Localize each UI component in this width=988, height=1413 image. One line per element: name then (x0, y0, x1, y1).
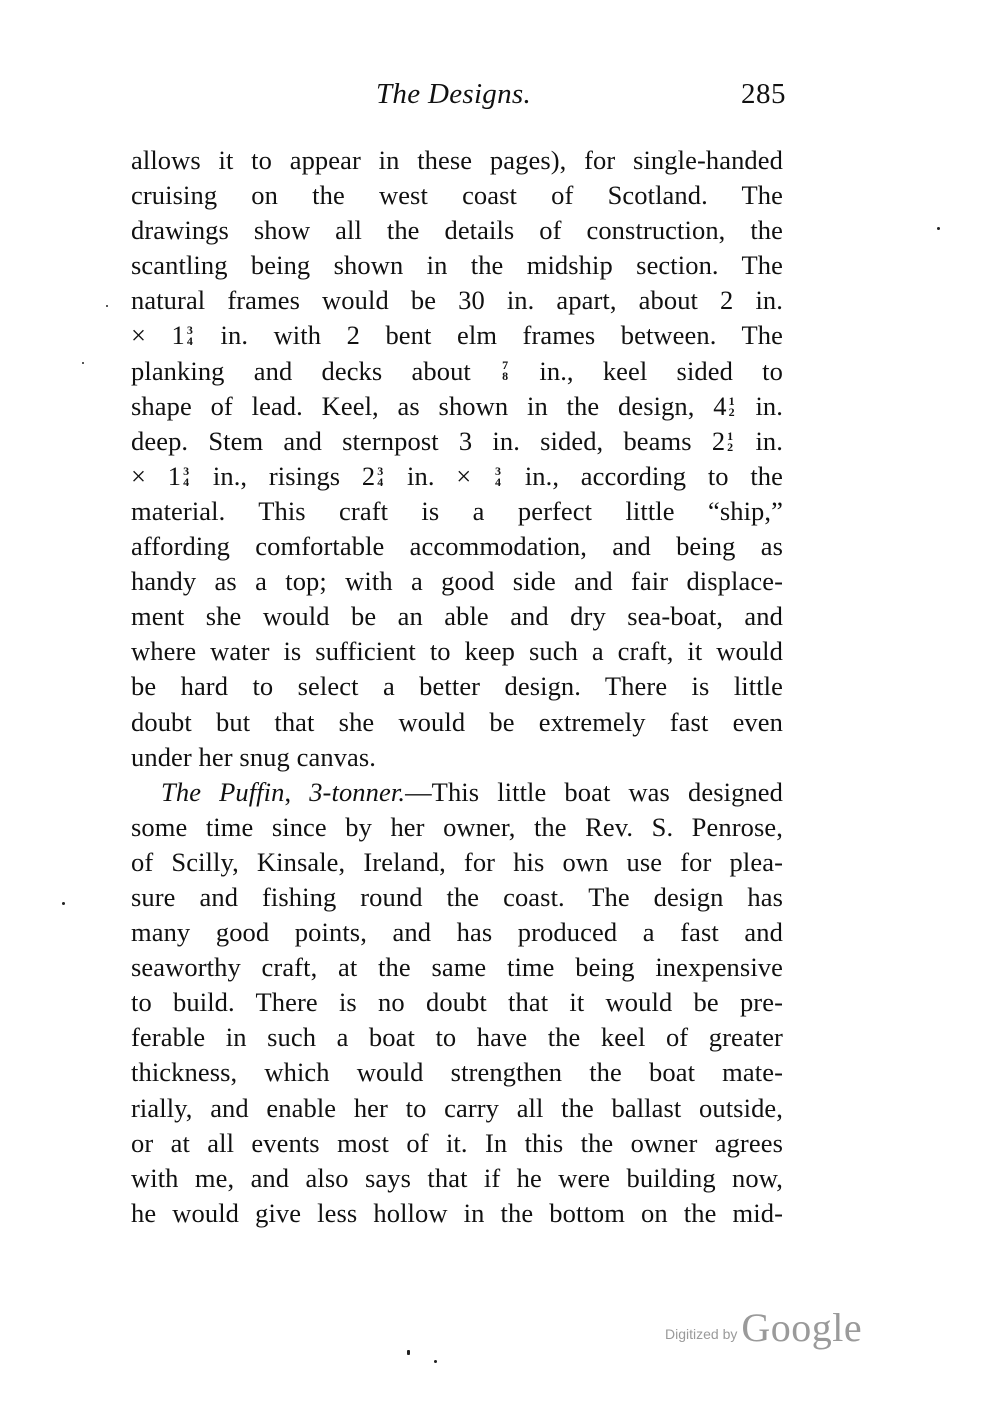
text-line: where water is sufficient to keep such a… (131, 634, 783, 669)
fraction-denominator: 4 (183, 477, 189, 488)
fraction: 78 (502, 360, 508, 382)
boat-class: 3-tonner. (309, 777, 405, 807)
fraction: 34 (183, 466, 189, 488)
text-line: rially, and enable her to carry all the … (131, 1091, 783, 1126)
text-line: with me, and also says that if he were b… (131, 1161, 783, 1196)
scan-speck (434, 1360, 437, 1363)
google-logo: Google (741, 1305, 862, 1350)
text-line: of Scilly, Kinsale, Ireland, for his own… (131, 845, 783, 880)
text-line: sure and fishing round the coast. The de… (131, 880, 783, 915)
text-line: × 134 in. with 2 bent elm frames between… (131, 318, 783, 353)
digitized-by-google-watermark: Digitized by Google (665, 1304, 862, 1351)
text-line: material. This craft is a perfect little… (131, 494, 783, 529)
text-line: under her snug canvas. (131, 740, 783, 775)
fraction: 34 (377, 466, 383, 488)
text-line: doubt but that she would be extremely fa… (131, 705, 783, 740)
text-line: seaworthy craft, at the same time being … (131, 950, 783, 985)
fraction: 12 (729, 396, 735, 418)
text-line: to build. There is no doubt that it woul… (131, 985, 783, 1020)
text-segment: in. (735, 426, 783, 456)
text-line: shape of lead. Keel, as shown in the des… (131, 389, 783, 424)
scan-speck (62, 902, 65, 905)
scan-speck (407, 1350, 410, 1355)
scan-speck (106, 305, 108, 307)
text-line: he would give less hollow in the bottom … (131, 1196, 783, 1231)
text-segment: in. (737, 391, 783, 421)
text-segment: deep. Stem and sternpost 3 in. sided, be… (131, 426, 725, 456)
fraction-denominator: 2 (727, 442, 733, 453)
fraction-denominator: 4 (187, 336, 193, 347)
fraction: 12 (727, 431, 733, 453)
text-line: or at all events most of it. In this the… (131, 1126, 783, 1161)
fraction-denominator: 4 (377, 477, 383, 488)
text-segment: planking and decks about (131, 356, 500, 386)
text-line: affording comfortable accommodation, and… (131, 529, 783, 564)
boat-name: The Puffin (161, 777, 284, 807)
text-line: scantling being shown in the midship sec… (131, 248, 783, 283)
text-segment: shape of lead. Keel, as shown in the des… (131, 391, 727, 421)
body-text: allows it to appear in these pages), for… (131, 143, 783, 1231)
scan-speck (937, 227, 940, 230)
text-line: The Puffin, 3-tonner.—This little boat w… (131, 775, 783, 810)
page-header: The Designs. 285 (376, 78, 786, 118)
text-line: allows it to appear in these pages), for… (131, 143, 783, 178)
running-title: The Designs. (376, 78, 531, 111)
text-line: handy as a top; with a good side and fai… (131, 564, 783, 599)
text-line: drawings show all the details of constru… (131, 213, 783, 248)
text-segment: in. × (385, 461, 493, 491)
text-line: be hard to select a better design. There… (131, 669, 783, 704)
page-number: 285 (741, 78, 786, 111)
fraction-denominator: 2 (729, 407, 735, 418)
text-line: cruising on the west coast of Scotland. … (131, 178, 783, 213)
text-segment: × 1 (131, 461, 181, 491)
text-line: × 134 in., risings 234 in. × 34 in., acc… (131, 459, 783, 494)
text-segment: —This little boat was designed (405, 777, 783, 807)
text-line: ment she would be an able and dry sea-bo… (131, 599, 783, 634)
text-segment: in., keel sided to (510, 356, 783, 386)
fraction-denominator: 8 (502, 371, 508, 382)
text-segment: × 1 (131, 320, 185, 350)
text-line: deep. Stem and sternpost 3 in. sided, be… (131, 424, 783, 459)
text-line: many good points, and has produced a fas… (131, 915, 783, 950)
text-line: some time since by her owner, the Rev. S… (131, 810, 783, 845)
text-segment: in. with 2 bent elm frames between. The (195, 320, 783, 350)
watermark-prefix: Digitized by (665, 1326, 737, 1342)
text-line: natural frames would be 30 in. apart, ab… (131, 283, 783, 318)
text-line: thickness, which would strengthen the bo… (131, 1055, 783, 1090)
fraction: 34 (187, 325, 193, 347)
fraction: 34 (495, 466, 501, 488)
text-segment: in., according to the (503, 461, 783, 491)
fraction-denominator: 4 (495, 477, 501, 488)
text-line: planking and decks about 78 in., keel si… (131, 354, 783, 389)
text-segment: , (284, 777, 309, 807)
text-segment: in., risings 2 (191, 461, 375, 491)
scan-speck (82, 362, 84, 364)
text-line: ferable in such a boat to have the keel … (131, 1020, 783, 1055)
